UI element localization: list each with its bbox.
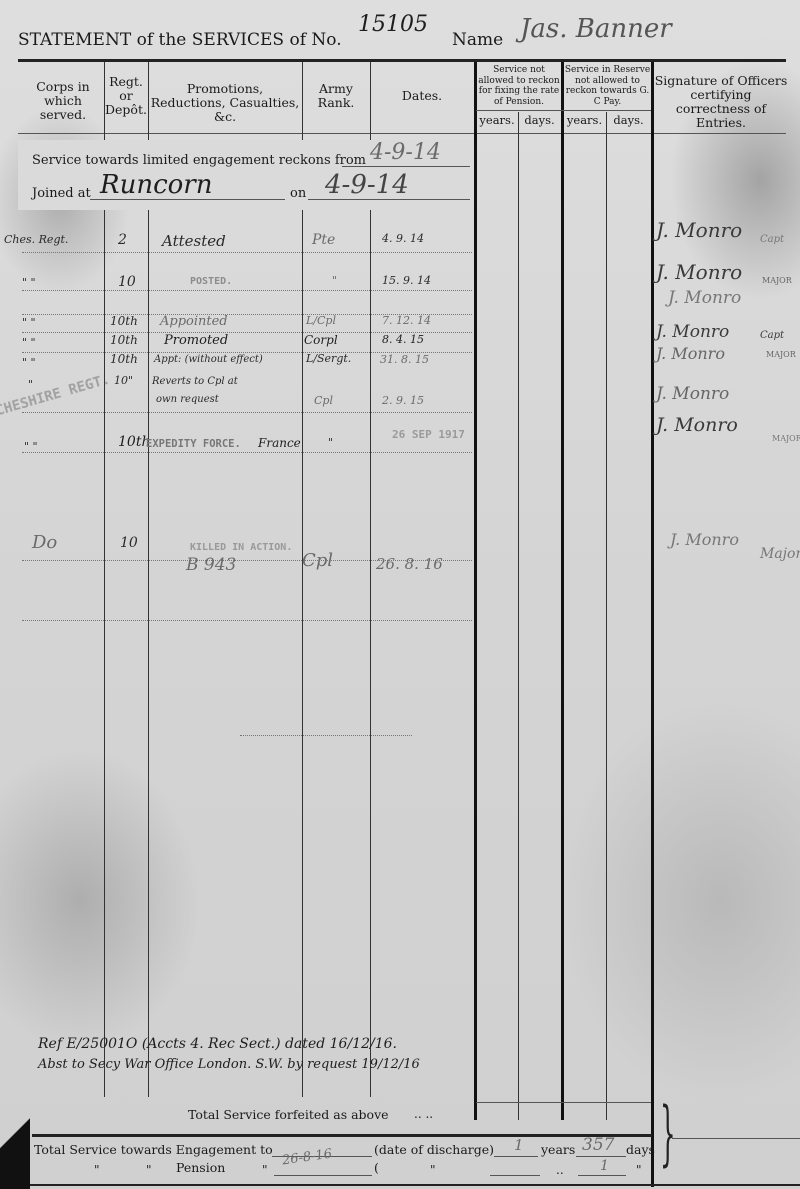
entry-rank: Cpl bbox=[314, 394, 333, 407]
entry-regt: 10th bbox=[110, 333, 138, 347]
entry-regt: 10 bbox=[120, 535, 138, 551]
reckons-label: Service towards limited engagement recko… bbox=[32, 153, 366, 168]
officer-title: Major bbox=[760, 546, 800, 562]
header-corps: Corps in which served. bbox=[22, 80, 104, 122]
officer-signature: J. Monro bbox=[656, 344, 725, 363]
entry-date: 8. 4. 15 bbox=[382, 333, 424, 346]
col-divider-rank bbox=[370, 62, 371, 1097]
entry-regt: 10 bbox=[118, 274, 136, 290]
footnote-line-1: Ref E/25001O (Accts 4. Rec Sect.) dated … bbox=[38, 1036, 397, 1052]
officer-title: MAJOR bbox=[766, 350, 796, 359]
page-corner-shadow bbox=[0, 1100, 30, 1189]
pension-label: Pension bbox=[176, 1160, 225, 1175]
entry-date: 15. 9. 14 bbox=[382, 274, 431, 287]
entry-rank: " bbox=[328, 436, 333, 449]
entry-regt: 10" bbox=[114, 374, 133, 387]
days-line bbox=[576, 1156, 626, 1157]
officer-signature: J. Monro bbox=[656, 384, 729, 404]
officer-signature: J. Monro bbox=[656, 218, 742, 242]
entry-date: 26. 8. 16 bbox=[376, 555, 443, 573]
entry-event: Promoted bbox=[164, 333, 228, 348]
officer-signature: J. Monro bbox=[670, 530, 739, 549]
header-promotions: Promotions, Reductions, Casualties, &c. bbox=[148, 82, 302, 124]
years-value: 1 bbox=[514, 1136, 524, 1154]
entry-rank: Cpl bbox=[302, 550, 333, 571]
posted-stamp: POSTED. bbox=[190, 276, 232, 287]
pension-days-line bbox=[578, 1175, 626, 1176]
col-divider-reserve bbox=[651, 62, 654, 1187]
days-value: 357 bbox=[582, 1135, 614, 1155]
header-top-rule bbox=[18, 59, 786, 62]
pension-paren: ( bbox=[374, 1160, 379, 1175]
ruling bbox=[22, 620, 472, 621]
header-dates: Dates. bbox=[370, 89, 474, 103]
header-rank: Army Rank. bbox=[302, 82, 370, 110]
officer-title: Capt bbox=[760, 234, 784, 245]
entry-corps: " bbox=[28, 378, 33, 391]
entry-corps: Ches. Regt. bbox=[4, 233, 68, 246]
forfeited-dots: .. .. bbox=[414, 1107, 433, 1121]
totals-brace: } bbox=[660, 1098, 676, 1168]
col-divider-pension-years bbox=[518, 112, 519, 1120]
col-divider-reserve-years bbox=[606, 112, 607, 1120]
col-divider-regt bbox=[148, 62, 149, 1097]
officer-signature: J. Monro bbox=[656, 260, 742, 284]
entry-rank: Pte bbox=[312, 232, 335, 248]
header-signature: Signature of Officers certifying correct… bbox=[654, 74, 788, 130]
officer-title: Capt bbox=[760, 330, 784, 341]
pension-years-line bbox=[490, 1175, 540, 1176]
date-received-stamp: 26 SEP 1917 bbox=[392, 428, 465, 441]
days-label: days bbox=[626, 1142, 655, 1157]
header-pension-days: days. bbox=[518, 114, 561, 127]
form-title: STATEMENT of the SERVICES of No. bbox=[18, 30, 342, 50]
ditto-mark: " bbox=[146, 1163, 152, 1177]
brace-line bbox=[672, 1138, 800, 1139]
forfeited-label: Total Service forfeited as above bbox=[188, 1107, 389, 1122]
entry-corps: " " bbox=[22, 316, 36, 329]
header-reserve-years: years. bbox=[563, 114, 606, 127]
entry-date: 2. 9. 15 bbox=[382, 394, 424, 407]
header-regt: Regt. or Depôt. bbox=[104, 75, 148, 117]
entry-corps: " " bbox=[22, 336, 36, 349]
entry-regt: 2 bbox=[118, 232, 127, 248]
entry-rank: L/Sergt. bbox=[306, 352, 351, 365]
joined-date: 4-9-14 bbox=[325, 170, 409, 200]
years-line bbox=[494, 1156, 538, 1157]
service-number: 15105 bbox=[358, 12, 428, 37]
entry-corps: Do bbox=[32, 532, 57, 553]
entry-regt: 10th bbox=[110, 352, 138, 366]
entry-rank: Corpl bbox=[304, 333, 338, 347]
ruling bbox=[22, 452, 472, 453]
entry-corps: " " bbox=[22, 276, 36, 289]
officer-signature: J. Monro bbox=[656, 322, 729, 342]
officer-signature: J. Monro bbox=[656, 414, 738, 436]
pension-date: 26-8-16 bbox=[281, 1147, 333, 1169]
pension-dots: .. bbox=[556, 1163, 564, 1177]
entry-reference: B 943 bbox=[186, 555, 236, 575]
engagement-total-label: Total Service towards Engagement to bbox=[34, 1142, 273, 1157]
header-pension-years: years. bbox=[476, 114, 518, 127]
entry-corps: " " bbox=[24, 440, 38, 453]
service-record-page: STATEMENT of the SERVICES of No. 15105 N… bbox=[0, 0, 800, 1189]
col-divider-promotions bbox=[302, 62, 303, 1097]
entry-rank: " bbox=[332, 274, 337, 287]
ruling bbox=[22, 412, 472, 413]
discharge-label: (date of discharge) bbox=[374, 1142, 494, 1157]
officer-signature: J. Monro bbox=[668, 288, 741, 308]
col-divider-corps bbox=[104, 62, 105, 1097]
entry-event: Attested bbox=[162, 232, 226, 250]
entry-event: Reverts to Cpl at bbox=[152, 376, 238, 387]
officer-title: MAJOR bbox=[772, 434, 800, 443]
pension-days-value: 1 bbox=[600, 1158, 609, 1174]
reckons-line bbox=[342, 166, 470, 167]
ditto-mark: " bbox=[636, 1163, 642, 1177]
page-bottom-rule bbox=[20, 1184, 800, 1186]
header-bottom-rule bbox=[18, 133, 786, 134]
col-divider-dates bbox=[474, 62, 477, 1120]
entry-event: Appt: (without effect) bbox=[154, 354, 263, 365]
subheader-rule bbox=[476, 110, 651, 111]
entry-destination: France bbox=[258, 436, 301, 450]
header-reserve-group: Service in Reserve not allowed to reckon… bbox=[564, 65, 651, 107]
on-label: on bbox=[290, 186, 306, 201]
ruling bbox=[22, 290, 472, 291]
footnote-line-2: Abst to Secy War Office London. S.W. by … bbox=[38, 1057, 420, 1072]
header-pension-group: Service not allowed to reckon for fixing… bbox=[477, 65, 561, 107]
expedity-force-stamp: EXPEDITY FORCE. bbox=[146, 438, 241, 450]
name-value: Jas. Banner bbox=[520, 14, 672, 44]
killed-in-action-stamp: KILLED IN ACTION. bbox=[190, 542, 292, 553]
entry-corps: " " bbox=[22, 356, 36, 369]
entry-date: 4. 9. 14 bbox=[382, 232, 424, 245]
name-label: Name bbox=[452, 30, 503, 50]
joined-place: Runcorn bbox=[100, 170, 212, 200]
entry-date: 7. 12. 14 bbox=[382, 314, 431, 327]
entry-date: 31. 8. 15 bbox=[380, 353, 429, 366]
totals-subrule bbox=[476, 1102, 651, 1103]
years-label: years bbox=[541, 1142, 575, 1157]
entry-regt: 10th bbox=[110, 314, 138, 328]
ruling bbox=[240, 735, 412, 736]
entry-rank: L/Cpl bbox=[306, 314, 336, 327]
ditto-mark: " bbox=[94, 1163, 100, 1177]
header-reserve-days: days. bbox=[606, 114, 651, 127]
ditto-mark: " bbox=[430, 1163, 436, 1177]
joined-label: Joined at bbox=[32, 186, 91, 201]
entry-event: own request bbox=[156, 394, 219, 405]
entry-event: Appointed bbox=[160, 314, 228, 329]
col-divider-pension bbox=[561, 62, 564, 1120]
officer-title: MAJOR bbox=[762, 276, 792, 285]
pension-date-line bbox=[274, 1175, 372, 1176]
ditto-mark: " bbox=[262, 1163, 268, 1177]
reckons-value: 4-9-14 bbox=[370, 140, 441, 165]
ruling bbox=[22, 252, 472, 253]
totals-thick-rule bbox=[32, 1134, 652, 1137]
